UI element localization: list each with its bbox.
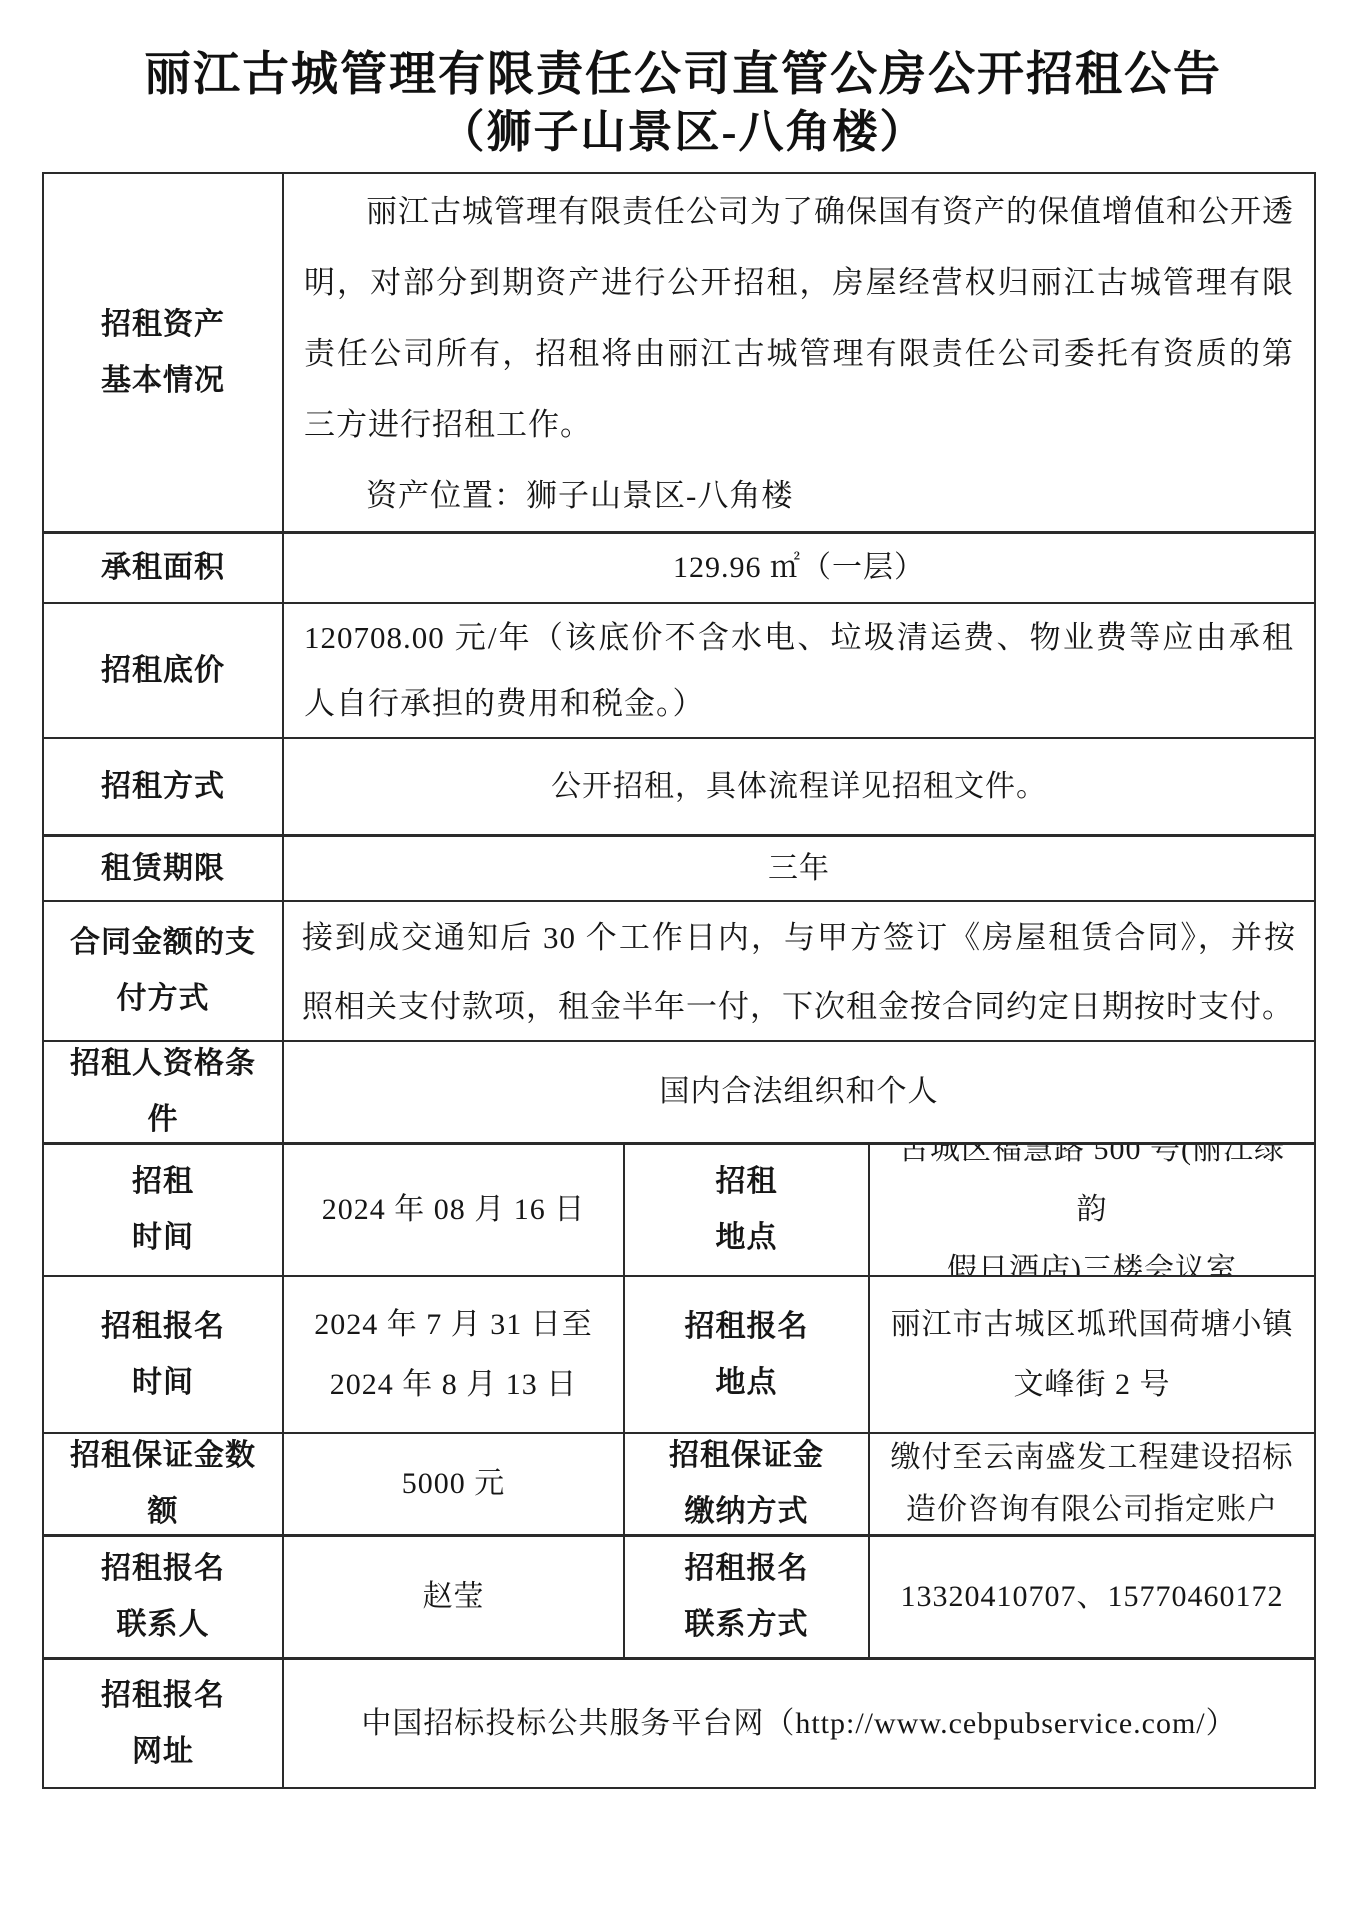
value-contact-person: 赵莹 xyxy=(284,1537,625,1657)
label-payment-method: 合同金额的支 付方式 xyxy=(44,902,284,1040)
value-rent-time: 2024 年 08 月 16 日 xyxy=(284,1145,625,1275)
table-row-area: 承租面积 129.96 ㎡（一层） xyxy=(44,534,1314,604)
table-row-signup-time: 招租报名 时间 2024 年 7 月 31 日至 2024 年 8 月 13 日… xyxy=(44,1277,1314,1434)
value-contact-phone: 13320410707、15770460172 xyxy=(870,1537,1314,1657)
label-rent-method: 招租方式 xyxy=(44,739,284,834)
table-row-base-price: 招租底价 120708.00 元/年（该底价不含水电、垃圾清运费、物业费等应由承… xyxy=(44,604,1314,739)
label-signup-website: 招租报名 网址 xyxy=(44,1660,284,1787)
table-row-asset-info: 招租资产 基本情况 丽江古城管理有限责任公司为了确保国有资产的保值增值和公开透明… xyxy=(44,174,1314,534)
value-signup-place: 丽江市古城区坬玳国荷塘小镇 文峰街 2 号 xyxy=(870,1277,1314,1432)
label-contact-phone: 招租报名 联系方式 xyxy=(625,1537,870,1657)
label-deposit-amount: 招租保证金数 额 xyxy=(44,1434,284,1534)
label-qualification: 招租人资格条 件 xyxy=(44,1042,284,1142)
label-rent-place: 招租 地点 xyxy=(625,1145,870,1275)
document-title: 丽江古城管理有限责任公司直管公房公开招租公告 （狮子山景区-八角楼） xyxy=(25,46,1341,160)
label-signup-time: 招租报名 时间 xyxy=(44,1277,284,1432)
label-contact-person: 招租报名 联系人 xyxy=(44,1537,284,1657)
table-row-method: 招租方式 公开招租，具体流程详见招租文件。 xyxy=(44,739,1314,837)
value-signup-time: 2024 年 7 月 31 日至 2024 年 8 月 13 日 xyxy=(284,1277,625,1432)
value-deposit-payment: 缴付至云南盛发工程建设招标 造价咨询有限公司指定账户 xyxy=(870,1434,1314,1534)
value-qualification: 国内合法组织和个人 xyxy=(284,1042,1314,1142)
announcement-table: 招租资产 基本情况 丽江古城管理有限责任公司为了确保国有资产的保值增值和公开透明… xyxy=(42,172,1316,1789)
value-payment-method: 接到成交通知后 30 个工作日内，与甲方签订《房屋租赁合同》，并按照相关支付款项… xyxy=(284,902,1314,1040)
label-lease-area: 承租面积 xyxy=(44,534,284,602)
label-signup-place: 招租报名 地点 xyxy=(625,1277,870,1432)
table-row-contact: 招租报名 联系人 赵莹 招租报名 联系方式 13320410707、157704… xyxy=(44,1537,1314,1660)
table-row-rent-time: 招租 时间 2024 年 08 月 16 日 招租 地点 古城区福慧路 500 … xyxy=(44,1145,1314,1277)
label-base-price: 招租底价 xyxy=(44,604,284,737)
label-asset-basic-info: 招租资产 基本情况 xyxy=(44,174,284,531)
value-signup-website: 中国招标投标公共服务平台网（http://www.cebpubservice.c… xyxy=(284,1660,1314,1787)
table-row-website: 招租报名 网址 中国招标投标公共服务平台网（http://www.cebpubs… xyxy=(44,1660,1314,1787)
asset-location-line: 资产位置：狮子山景区-八角楼 xyxy=(304,460,1294,531)
document-page: 丽江古城管理有限责任公司直管公房公开招租公告 （狮子山景区-八角楼） 招租资产 … xyxy=(0,0,1366,1932)
value-lease-term: 三年 xyxy=(284,837,1314,900)
table-row-payment: 合同金额的支 付方式 接到成交通知后 30 个工作日内，与甲方签订《房屋租赁合同… xyxy=(44,902,1314,1042)
value-asset-basic-info: 丽江古城管理有限责任公司为了确保国有资产的保值增值和公开透明，对部分到期资产进行… xyxy=(284,174,1314,531)
value-rent-method: 公开招租，具体流程详见招租文件。 xyxy=(284,739,1314,834)
title-line-1: 丽江古城管理有限责任公司直管公房公开招租公告 xyxy=(25,46,1341,104)
label-deposit-payment: 招租保证金 缴纳方式 xyxy=(625,1434,870,1534)
base-price-text: 120708.00 元/年（该底价不含水电、垃圾清运费、物业费等应由承租人自行承… xyxy=(304,605,1294,737)
label-lease-term: 租赁期限 xyxy=(44,837,284,900)
value-base-price: 120708.00 元/年（该底价不含水电、垃圾清运费、物业费等应由承租人自行承… xyxy=(284,604,1314,737)
table-row-deposit: 招租保证金数 额 5000 元 招租保证金 缴纳方式 缴付至云南盛发工程建设招标… xyxy=(44,1434,1314,1537)
payment-text: 接到成交通知后 30 个工作日内，与甲方签订《房屋租赁合同》，并按照相关支付款项… xyxy=(302,903,1296,1040)
title-line-2: （狮子山景区-八角楼） xyxy=(25,104,1341,160)
asset-info-paragraph: 丽江古城管理有限责任公司为了确保国有资产的保值增值和公开透明，对部分到期资产进行… xyxy=(304,176,1294,460)
table-row-qualification: 招租人资格条 件 国内合法组织和个人 xyxy=(44,1042,1314,1145)
label-rent-time: 招租 时间 xyxy=(44,1145,284,1275)
value-deposit-amount: 5000 元 xyxy=(284,1434,625,1534)
table-row-lease-term: 租赁期限 三年 xyxy=(44,837,1314,902)
value-lease-area: 129.96 ㎡（一层） xyxy=(284,534,1314,602)
value-rent-place: 古城区福慧路 500 号(丽江绿韵 假日酒店)三楼会议室 xyxy=(870,1145,1314,1275)
